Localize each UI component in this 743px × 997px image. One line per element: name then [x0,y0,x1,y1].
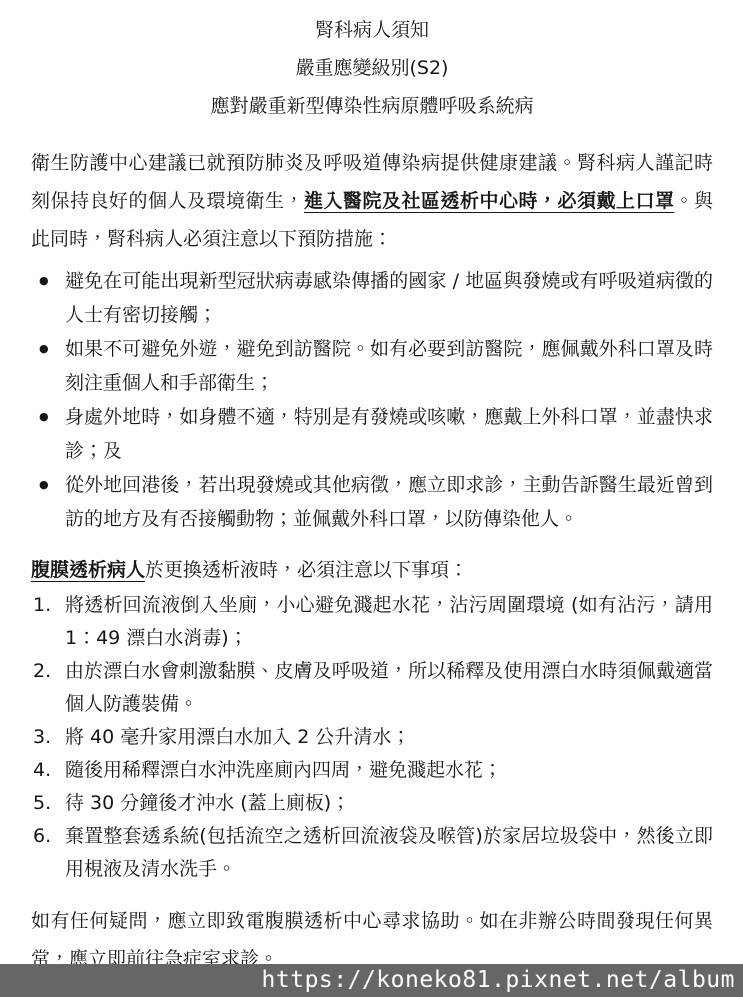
doc-title-line-1: 腎科病人須知 [31,11,713,49]
pd-lead-rest: 於更換透析液時，必須注意以下事項： [145,559,468,581]
bullet-icon: ● [31,400,65,468]
step-number: 5. [31,787,65,820]
doc-title-line-2: 嚴重應變級別(S2) [31,49,713,87]
pd-lead-emphasis: 腹膜透析病人 [31,559,145,581]
step-number: 2. [31,655,65,721]
step-text-6: 棄置整套透系統(包括流空之透析回流液袋及喉管)於家居垃圾袋中，然後立即用梘液及清… [65,820,713,886]
step-number: 6. [31,820,65,886]
document-content: 腎科病人須知 嚴重應變級別(S2) 應對嚴重新型傳染性病原體呼吸系統病 衛生防護… [0,0,743,978]
step-text-4: 隨後用稀釋漂白水沖洗座廁內四周，避免濺起水花； [65,754,713,787]
precaution-text-4: 從外地回港後，若出現發燒或其他病徵，應立即求診，主動告訴醫生最近曾到訪的地方及有… [65,468,713,536]
list-item: ● 身處外地時，如身體不適，特別是有發燒或咳嗽，應戴上外科口罩，並盡快求診；及 [31,400,713,468]
list-item: ● 如果不可避免外遊，避免到訪醫院。如有必要到訪醫院，應佩戴外科口罩及時刻注重個… [31,332,713,400]
bullet-icon: ● [31,468,65,536]
document-page: 腎科病人須知 嚴重應變級別(S2) 應對嚴重新型傳染性病原體呼吸系統病 衛生防護… [0,0,743,997]
list-item: 5. 待 30 分鐘後才沖水 (蓋上廁板)； [31,787,713,820]
list-item: 1. 將透析回流液倒入坐廁，小心避免濺起水花，沾污周圍環境 (如有沾污，請用 1… [31,589,713,655]
doc-title-line-3: 應對嚴重新型傳染性病原體呼吸系統病 [31,87,713,125]
step-number: 4. [31,754,65,787]
step-text-2: 由於漂白水會刺激黏膜、皮膚及呼吸道，所以稀釋及使用漂白水時須佩戴適當個人防護裝備… [65,655,713,721]
list-item: 6. 棄置整套透系統(包括流空之透析回流液袋及喉管)於家居垃圾袋中，然後立即用梘… [31,820,713,886]
list-item: 2. 由於漂白水會刺激黏膜、皮膚及呼吸道，所以稀釋及使用漂白水時須佩戴適當個人防… [31,655,713,721]
title-block: 腎科病人須知 嚴重應變級別(S2) 應對嚴重新型傳染性病原體呼吸系統病 [31,11,713,125]
bullet-icon: ● [31,332,65,400]
list-item: 4. 隨後用稀釋漂白水沖洗座廁內四周，避免濺起水花； [31,754,713,787]
precaution-text-1: 避免在可能出現新型冠狀病毒感染傳播的國家 / 地區與發燒或有呼吸道病徵的人士有密… [65,264,713,332]
list-item: ● 避免在可能出現新型冠狀病毒感染傳播的國家 / 地區與發燒或有呼吸道病徵的人士… [31,264,713,332]
watermark-url: https://koneko81.pixnet.net/album [262,964,743,997]
precaution-text-2: 如果不可避免外遊，避免到訪醫院。如有必要到訪醫院，應佩戴外科口罩及時刻注重個人和… [65,332,713,400]
step-text-3: 將 40 毫升家用漂白水加入 2 公升清水； [65,721,713,754]
pd-steps-list: 1. 將透析回流液倒入坐廁，小心避免濺起水花，沾污周圍環境 (如有沾污，請用 1… [31,589,713,886]
step-number: 1. [31,589,65,655]
watermark-bar: https://koneko81.pixnet.net/album [0,964,743,997]
step-text-1: 將透析回流液倒入坐廁，小心避免濺起水花，沾污周圍環境 (如有沾污，請用 1：49… [65,589,713,655]
intro-emphasis: 進入醫院及社區透析中心時，必須戴上口罩 [304,190,674,212]
pd-section-lead: 腹膜透析病人於更換透析液時，必須注意以下事項： [31,551,713,589]
bullet-icon: ● [31,264,65,332]
intro-paragraph: 衛生防護中心建議已就預防肺炎及呼吸道傳染病提供健康建議。腎科病人謹記時刻保持良好… [31,144,713,258]
step-text-5: 待 30 分鐘後才沖水 (蓋上廁板)； [65,787,713,820]
list-item: ● 從外地回港後，若出現發燒或其他病徵，應立即求診，主動告訴醫生最近曾到訪的地方… [31,468,713,536]
list-item: 3. 將 40 毫升家用漂白水加入 2 公升清水； [31,721,713,754]
precaution-text-3: 身處外地時，如身體不適，特別是有發燒或咳嗽，應戴上外科口罩，並盡快求診；及 [65,400,713,468]
step-number: 3. [31,721,65,754]
precaution-list: ● 避免在可能出現新型冠狀病毒感染傳播的國家 / 地區與發燒或有呼吸道病徵的人士… [31,264,713,536]
